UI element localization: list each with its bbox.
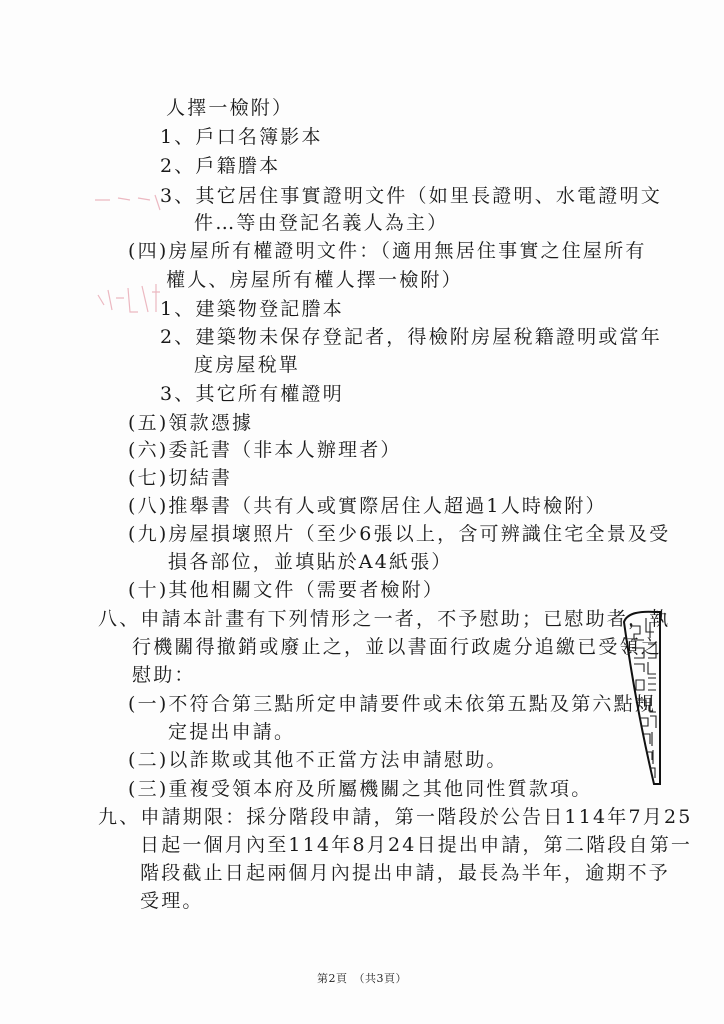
document-text-line: (一)不符合第三點所定申請要件或未依第五點及第六點規: [128, 692, 656, 716]
document-text-line: 2、建築物未保存登記者，得檢附房屋稅籍證明或當年: [160, 325, 662, 349]
page-number-footer: 第2頁 （共3頁）: [0, 970, 724, 986]
document-text-line: (十)其他相關文件（需要者檢附）: [128, 578, 444, 602]
document-text-line: 日起一個月內至114年8月24日提出申請，第二階段自第一: [140, 833, 692, 857]
document-text-line: 人擇一檢附）: [166, 96, 293, 120]
document-text-line: 八、申請本計畫有下列情形之一者，不予慰助；已慰助者，執: [98, 607, 670, 631]
document-text-line: 損各部位，並填貼於A4紙張）: [168, 550, 453, 574]
document-text-line: (二)以詐欺或其他不正當方法申請慰助。: [128, 748, 508, 772]
document-text-line: (七)切結書: [128, 466, 232, 490]
document-text-line: (九)房屋損壞照片（至少6張以上，含可辨識住宅全景及受: [128, 522, 670, 546]
document-text-line: 受理。: [140, 889, 204, 913]
document-text-line: 行機關得撤銷或廢止之，並以書面行政處分追繳已受領之: [132, 635, 662, 659]
document-text-line: 2、戶籍謄本: [160, 154, 280, 178]
document-text-line: (四)房屋所有權證明文件：（適用無居住事實之住屋所有: [128, 239, 647, 263]
official-seal-stamp: [620, 608, 664, 788]
document-text-line: 權人、房屋所有權人擇一檢附）: [166, 268, 463, 292]
document-text-line: 階段截止日起兩個月內提出申請，最長為半年，逾期不予: [140, 861, 670, 885]
scanned-document-page: 人擇一檢附）1、戶口名簿影本2、戶籍謄本3、其它居住事實證明文件（如里長證明、水…: [0, 0, 724, 1024]
document-text-line: 3、其它所有權證明: [160, 382, 344, 406]
document-text-line: 度房屋稅單: [194, 353, 300, 377]
document-text-line: 定提出申請。: [168, 720, 295, 744]
document-text-line: 件…等由登記名義人為主）: [194, 211, 448, 235]
document-text-line: 1、戶口名簿影本: [160, 125, 323, 149]
document-text-line: (三)重複受領本府及所屬機關之其他同性質款項。: [128, 777, 592, 801]
document-text-line: (八)推舉書（共有人或實際居住人超過1人時檢附）: [128, 494, 607, 518]
document-text-line: 1、建築物登記謄本: [160, 297, 344, 321]
document-text-line: 九、申請期限：採分階段申請，第一階段於公告日114年7月25: [98, 805, 693, 829]
document-text-line: (六)委託書（非本人辦理者）: [128, 438, 402, 462]
document-text-line: 3、其它居住事實證明文件（如里長證明、水電證明文: [160, 184, 662, 208]
document-text-line: (五)領款憑據: [128, 411, 253, 435]
document-text-line: 慰助：: [132, 663, 196, 687]
